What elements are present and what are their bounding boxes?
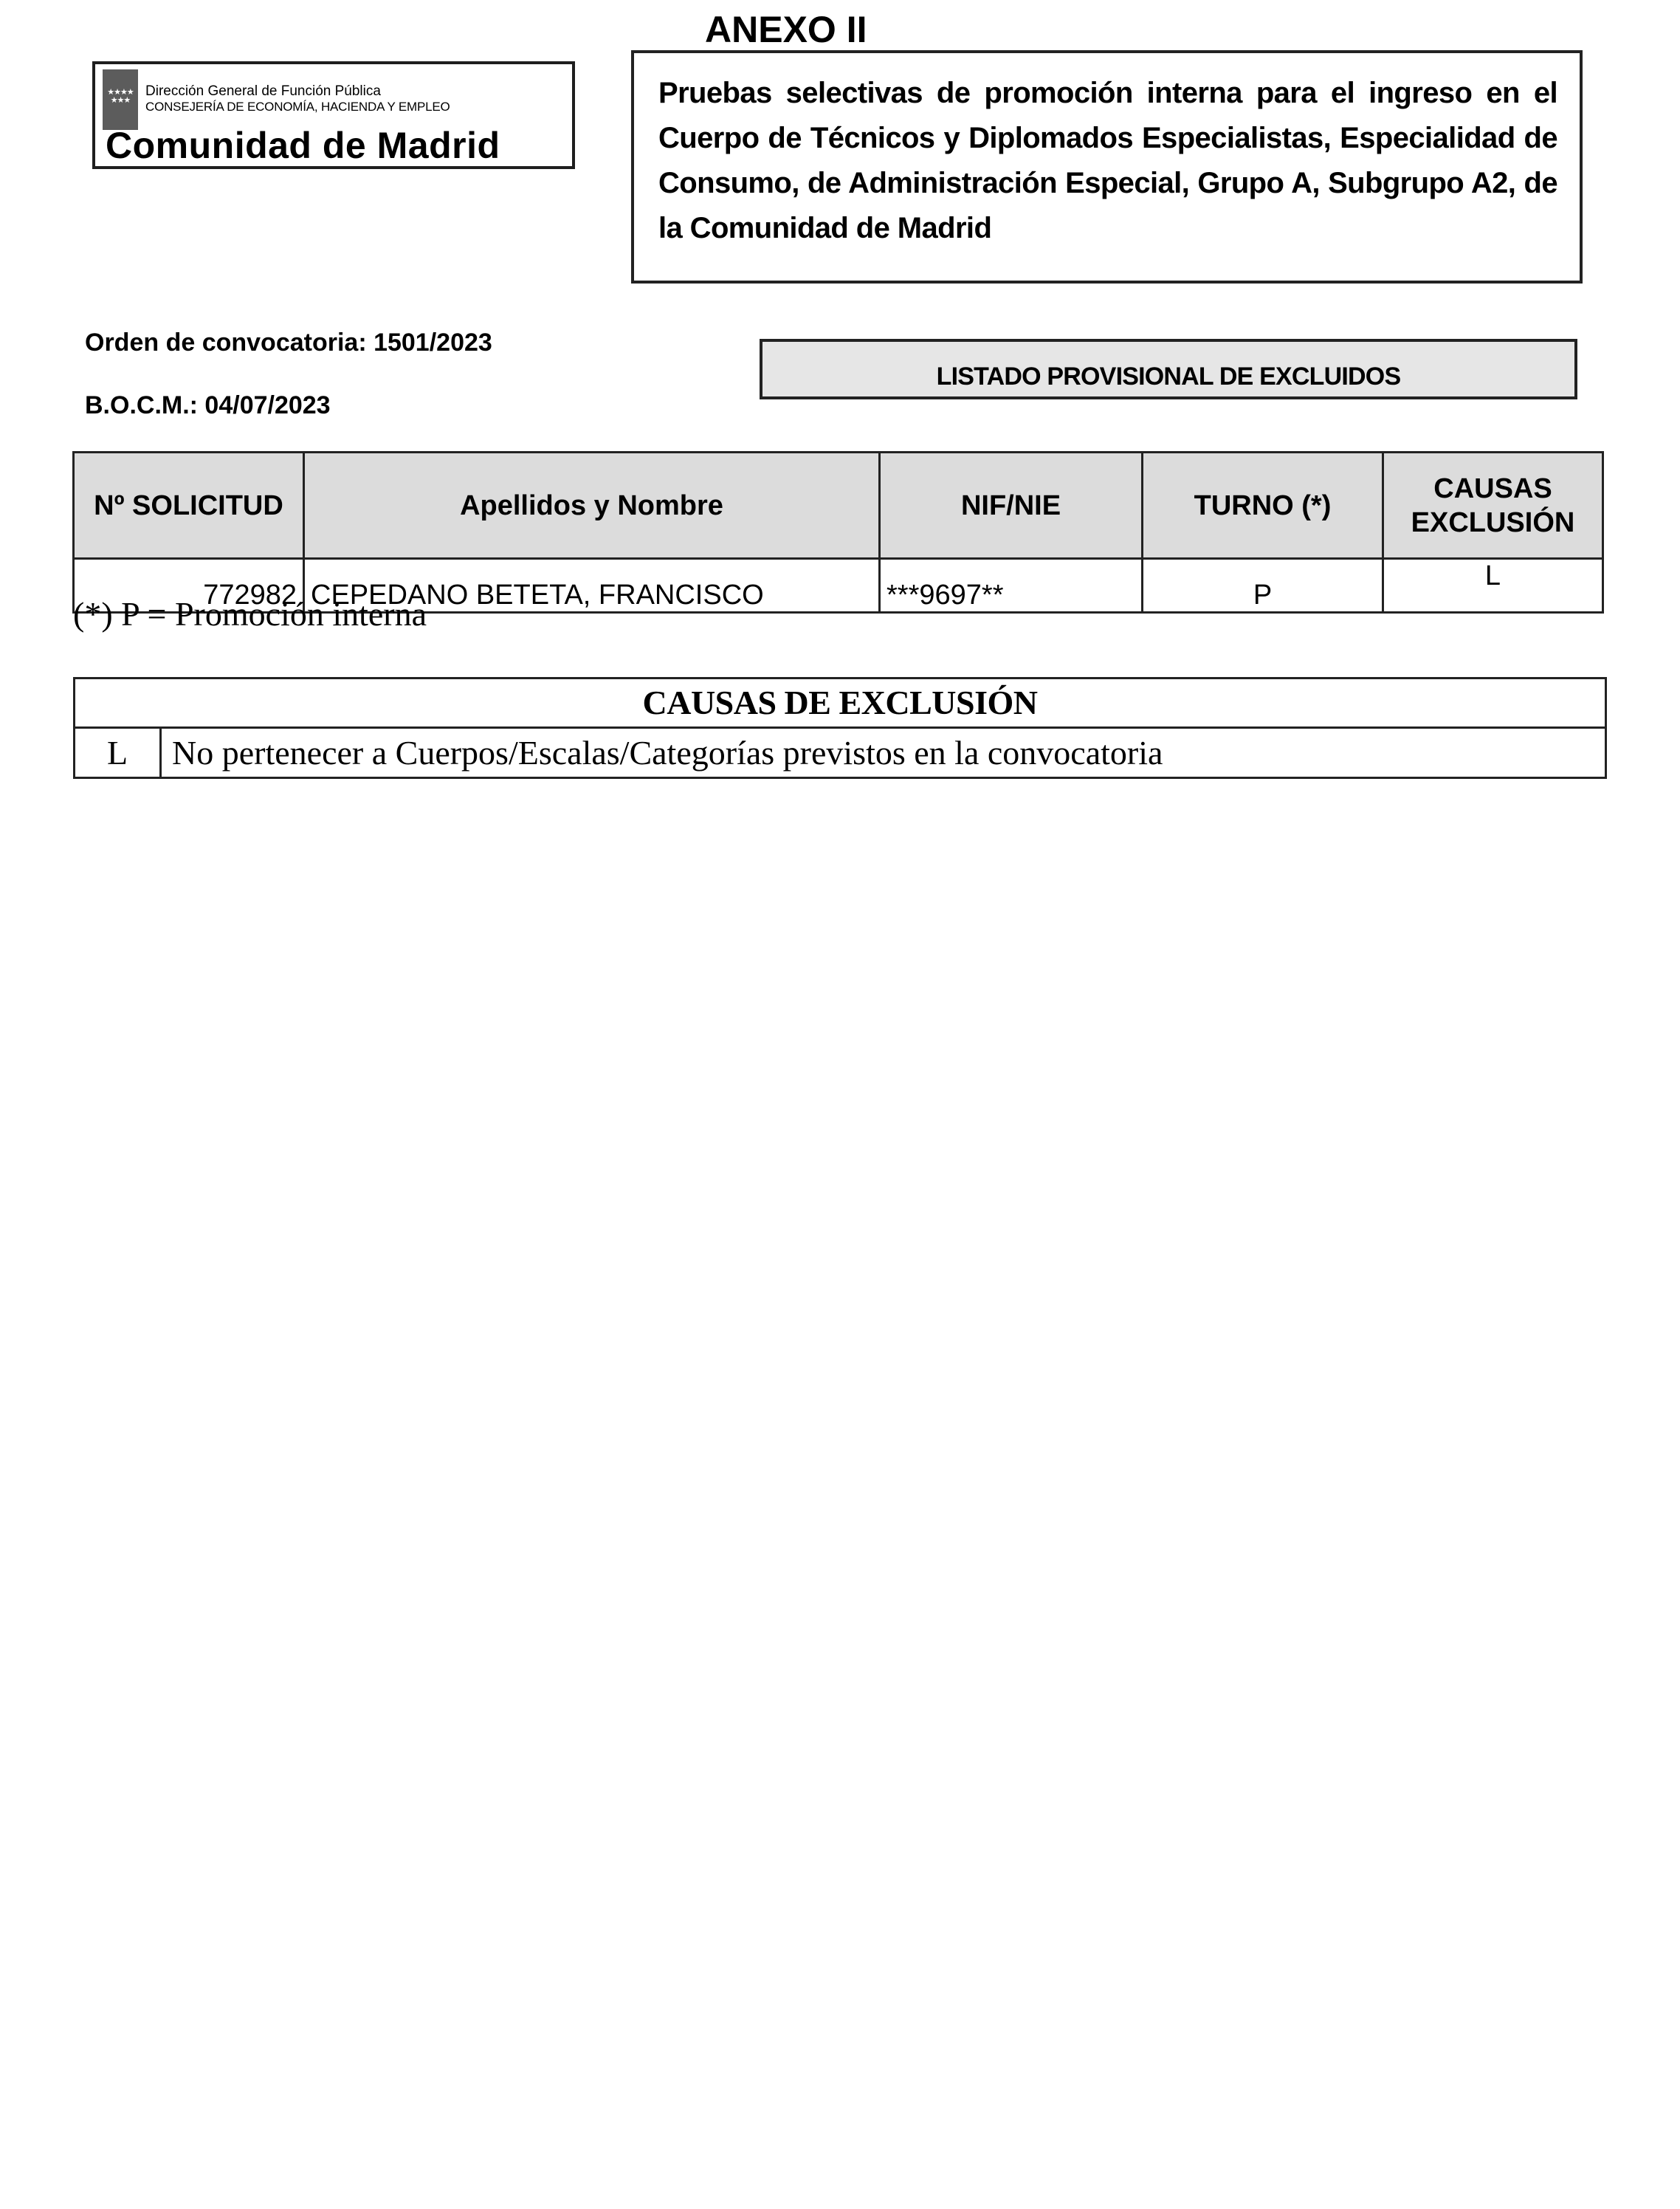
bocm-date: B.O.C.M.: 04/07/2023	[85, 391, 331, 420]
causa-description: No pertenecer a Cuerpos/Escalas/Categorí…	[161, 728, 1606, 778]
column-header-nombre: Apellidos y Nombre	[304, 453, 880, 559]
orden-convocatoria: Orden de convocatoria: 1501/2023	[85, 328, 492, 357]
column-header-nif: NIF/NIE	[880, 453, 1143, 559]
comunidad-madrid-logo: ★★★★ ★★★ Dirección General de Función Pú…	[92, 61, 575, 169]
turno-footnote: (*) P = Promoción interna	[73, 594, 427, 635]
logo-consejeria: CONSEJERÍA DE ECONOMÍA, HACIENDA Y EMPLE…	[145, 100, 450, 114]
causa-code: L	[75, 728, 161, 778]
stars-bottom-row: ★★★	[103, 96, 138, 104]
causas-title: CAUSAS DE EXCLUSIÓN	[75, 678, 1606, 728]
causas-exclusion-table: CAUSAS DE EXCLUSIÓN L No pertenecer a Cu…	[73, 677, 1607, 779]
table-header-row: Nº SOLICITUD Apellidos y Nombre NIF/NIE …	[74, 453, 1603, 559]
logo-comunidad-name: Comunidad de Madrid	[106, 126, 500, 165]
causas-header-row: CAUSAS DE EXCLUSIÓN	[75, 678, 1606, 728]
column-header-causas: CAUSASEXCLUSIÓN	[1383, 453, 1603, 559]
stars-icon: ★★★★ ★★★	[103, 88, 138, 104]
causas-row: L No pertenecer a Cuerpos/Escalas/Catego…	[75, 728, 1606, 778]
cell-causa: L	[1383, 559, 1603, 613]
madrid-flag-stars-icon: ★★★★ ★★★	[103, 69, 138, 130]
excluded-applicants-table: Nº SOLICITUD Apellidos y Nombre NIF/NIE …	[72, 451, 1604, 614]
listado-provisional-label: LISTADO PROVISIONAL DE EXCLUIDOS	[760, 339, 1577, 399]
cell-nif: ***9697**	[880, 559, 1143, 613]
cell-turno: P	[1143, 559, 1383, 613]
column-header-turno: TURNO (*)	[1143, 453, 1383, 559]
column-header-solicitud: Nº SOLICITUD	[74, 453, 304, 559]
annex-title: ANEXO II	[705, 7, 867, 52]
exam-title-text: Pruebas selectivas de promoción interna …	[658, 71, 1557, 251]
exam-title-box: Pruebas selectivas de promoción interna …	[631, 50, 1583, 284]
logo-direccion-general: Dirección General de Función Pública	[145, 83, 381, 100]
